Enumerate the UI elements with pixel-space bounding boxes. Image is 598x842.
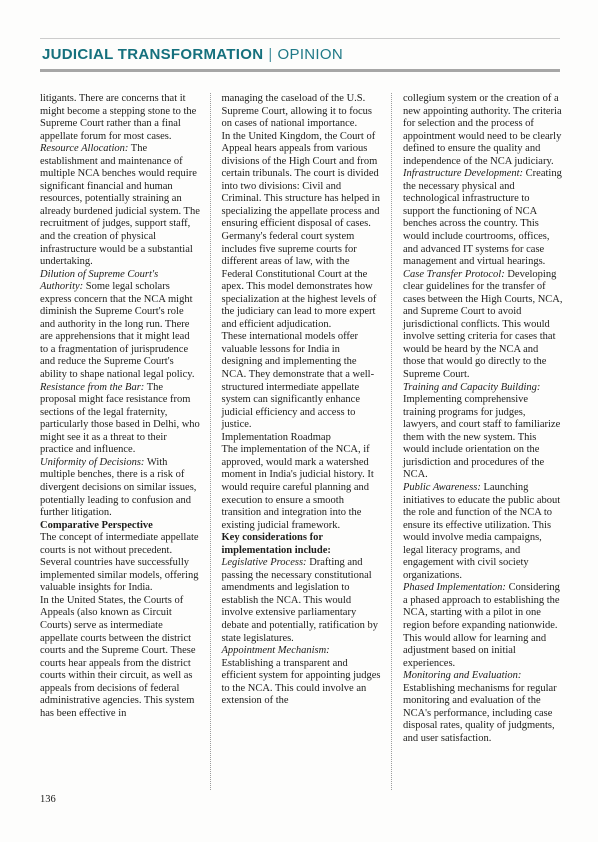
- text-segment-italic: Phased Implementation:: [403, 582, 506, 593]
- paragraph: Resistance from the Bar: The proposal mi…: [40, 382, 200, 457]
- article-body: litigants. There are concerns that it mi…: [40, 93, 563, 790]
- text-column-3: collegium system or the creation of a ne…: [403, 93, 563, 790]
- paragraph: collegium system or the creation of a ne…: [403, 93, 563, 168]
- text-segment-normal: The establishment and maintenance of mul…: [40, 143, 200, 267]
- text-segment-italic: Resistance from the Bar:: [40, 382, 144, 393]
- text-segment-normal: The concept of intermediate appellate co…: [40, 532, 199, 593]
- paragraph: Training and Capacity Building: Implemen…: [403, 382, 563, 482]
- paragraph: Public Awareness: Launching initiatives …: [403, 482, 563, 582]
- paragraph: managing the caseload of the U.S. Suprem…: [222, 93, 382, 131]
- text-segment-bold: Comparative Perspective: [40, 520, 153, 531]
- text-segment-normal: managing the caseload of the U.S. Suprem…: [222, 93, 372, 129]
- paragraph: Uniformity of Decisions: With multiple b…: [40, 457, 200, 520]
- section-title: JUDICIAL TRANSFORMATION: [42, 46, 263, 63]
- paragraph: Legislative Process: Drafting and passin…: [222, 557, 382, 645]
- magazine-page: JUDICIAL TRANSFORMATION|OPINION litigant…: [0, 0, 598, 842]
- text-segment-italic: Training and Capacity Building:: [403, 382, 540, 393]
- text-segment-normal: Considering a phased approach to establi…: [403, 582, 560, 668]
- text-segment-normal: Establishing mechanisms for regular moni…: [403, 683, 557, 744]
- text-segment-normal: Germany's federal court system includes …: [222, 231, 377, 330]
- paragraph: Appointment Mechanism: Establishing a tr…: [222, 645, 382, 708]
- paragraph: The implementation of the NCA, if approv…: [222, 444, 382, 532]
- paragraph: Key considerations for implementation in…: [222, 532, 382, 557]
- paragraph: Implementation Roadmap: [222, 432, 382, 445]
- paragraph: Germany's federal court system includes …: [222, 231, 382, 331]
- text-segment-normal: collegium system or the creation of a ne…: [403, 93, 562, 167]
- page-footer: 136: [40, 794, 56, 805]
- text-segment-italic: Resource Allocation:: [40, 143, 128, 154]
- paragraph: In the United Kingdom, the Court of Appe…: [222, 131, 382, 231]
- section-kicker: OPINION: [278, 46, 343, 63]
- paragraph: Phased Implementation: Considering a pha…: [403, 582, 563, 670]
- paragraph: These international models offer valuabl…: [222, 331, 382, 431]
- text-segment-italic: Uniformity of Decisions:: [40, 457, 144, 468]
- paragraph: In the United States, the Courts of Appe…: [40, 595, 200, 720]
- paragraph: Comparative Perspective: [40, 520, 200, 533]
- text-segment-normal: litigants. There are concerns that it mi…: [40, 93, 196, 142]
- paragraph: Monitoring and Evaluation: Establishing …: [403, 670, 563, 745]
- text-segment-normal: In the United States, the Courts of Appe…: [40, 595, 196, 719]
- column-divider: [210, 93, 212, 790]
- text-segment-normal: In the United Kingdom, the Court of Appe…: [222, 131, 380, 230]
- paragraph: The concept of intermediate appellate co…: [40, 532, 200, 595]
- column-divider: [391, 93, 393, 790]
- paragraph: Dilution of Supreme Court's Authority: S…: [40, 269, 200, 382]
- text-segment-italic: Monitoring and Evaluation:: [403, 670, 521, 681]
- paragraph: Resource Allocation: The establishment a…: [40, 143, 200, 268]
- paragraph: litigants. There are concerns that it mi…: [40, 93, 200, 143]
- text-segment-normal: Developing clear guidelines for the tran…: [403, 269, 563, 380]
- text-column-2: managing the caseload of the U.S. Suprem…: [222, 93, 382, 790]
- text-segment-italic: Infrastructure Development:: [403, 168, 523, 179]
- header-separator: |: [263, 46, 277, 63]
- page-number: 136: [40, 794, 56, 805]
- text-segment-italic: Public Awareness:: [403, 482, 481, 493]
- text-segment-normal: Launching initiatives to educate the pub…: [403, 482, 560, 581]
- paragraph: Case Transfer Protocol: Developing clear…: [403, 269, 563, 382]
- text-segment-normal: Implementing comprehensive training prog…: [403, 394, 560, 480]
- text-segment-normal: Drafting and passing the necessary const…: [222, 557, 378, 643]
- text-segment-normal: Some legal scholars express concern that…: [40, 281, 194, 380]
- text-segment-bold: Key considerations for implementation in…: [222, 532, 331, 556]
- text-segment-normal: Establishing a transparent and efficient…: [222, 658, 381, 707]
- text-segment-italic: Case Transfer Protocol:: [403, 269, 505, 280]
- text-segment-normal: Creating the necessary physical and tech…: [403, 168, 562, 267]
- text-segment-italic: Legislative Process:: [222, 557, 307, 568]
- text-segment-normal: The implementation of the NCA, if approv…: [222, 444, 374, 530]
- text-segment-italic: Appointment Mechanism:: [222, 645, 330, 656]
- page-header: JUDICIAL TRANSFORMATION|OPINION: [40, 38, 560, 72]
- text-segment-normal: These international models offer valuabl…: [222, 331, 375, 430]
- header-line: JUDICIAL TRANSFORMATION|OPINION: [42, 46, 560, 63]
- text-column-1: litigants. There are concerns that it mi…: [40, 93, 200, 790]
- text-segment-normal: Implementation Roadmap: [222, 432, 331, 443]
- paragraph: Infrastructure Development: Creating the…: [403, 168, 563, 268]
